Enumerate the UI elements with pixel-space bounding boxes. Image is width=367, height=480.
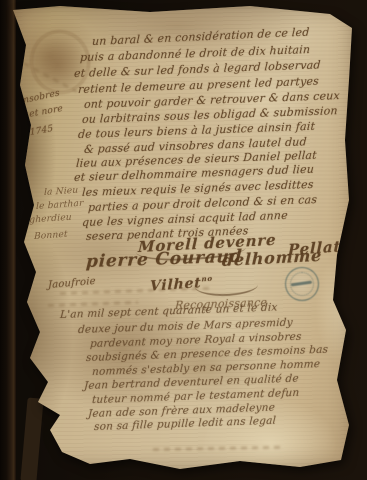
faint-marginalia: aud xyxy=(18,320,36,333)
faint-marginalia: ygherdieu xyxy=(24,213,72,227)
faint-marginalia: Jaoufroie xyxy=(48,276,96,291)
faint-marginalia: Bonnet xyxy=(34,230,68,243)
ghost-bleedthrough-stroke xyxy=(153,446,283,451)
photo-of-manuscript: Vinsobres Vilhet nore 1745 la Nieu le ba… xyxy=(0,0,367,480)
faint-marginalia: la Nieu xyxy=(44,186,78,199)
manuscript-paper: Vinsobres Vilhet nore 1745 la Nieu le ba… xyxy=(8,4,358,474)
paper-shadow-wrap: Vinsobres Vilhet nore 1745 la Nieu le ba… xyxy=(8,4,358,476)
archive-stamp-icon xyxy=(285,267,319,301)
margin-note: Vilhet nore xyxy=(11,104,64,124)
margin-note: 1745 xyxy=(30,124,54,139)
faint-marginalia: le barthar xyxy=(36,199,84,213)
